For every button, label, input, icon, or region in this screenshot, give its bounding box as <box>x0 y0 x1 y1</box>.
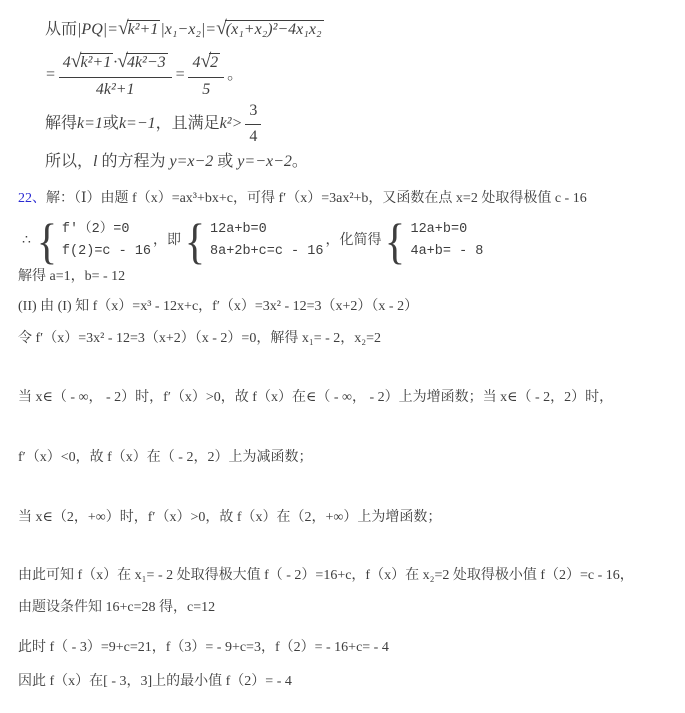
equals-sign: = <box>45 64 56 86</box>
part1-setup-text: 解：（Ⅰ）由题 f（x）=ax³+bx+c，可得 f′（x）=3ax²+b，又函… <box>46 191 587 206</box>
connector-ji: ，即 <box>153 232 181 251</box>
math-solution-document: 从而|PQ|=k²+1|x₁−x₂|=(x₁+x₂)²−4x₁x₂ = 4k²+… <box>0 0 685 713</box>
line-part2-derivative: (II) 由 (I) 知 f（x）=x³ - 12x+c，f′（x）=3x² -… <box>18 298 418 317</box>
pq-prefix-text: 从而 <box>45 21 77 38</box>
equation-system-2: 12a+b=0 8a+2b+c=c - 16 <box>183 219 323 264</box>
sqrt-2: 2 <box>200 49 220 75</box>
sqrt-4k2minus3: 4k²−3 <box>117 49 167 75</box>
period-mark: 。 <box>227 64 243 86</box>
line-interval-increasing-2: 当 x∈（2，+∞）时，f′（x）>0，故 f（x）在（2，+∞）上为增函数； <box>18 509 441 528</box>
fraction-main: 4k²+1·4k²−3 4k²+1 <box>59 49 172 101</box>
fraction-main-denominator: 4k²+1 <box>96 78 135 101</box>
sqrt-discriminant: (x₁+x₂)²−4x₁x₂ <box>216 16 323 42</box>
x1x2-expression: |x₁−x₂|= <box>160 21 216 38</box>
line-interval-decreasing: f′（x）<0，故 f（x）在（ - 2，2）上为减函数； <box>18 449 312 468</box>
line-q22-part1: 22、解：（Ⅰ）由题 f（x）=ax³+bx+c，可得 f′（x）=3ax²+b… <box>18 190 587 209</box>
line-pq-value: = 4k²+1·4k²−3 4k²+1 = 42 5 。 <box>45 50 243 100</box>
line-c-value: 由题设条件知 16+c=28 得，c=12 <box>18 599 215 618</box>
fraction-result: 42 5 <box>188 49 224 101</box>
line-l-equation: 所以，l 的方程为 y=x−2 或 y=−x−2。 <box>45 151 308 173</box>
fraction-result-numerator: 42 <box>188 49 224 78</box>
line-k-solution: 解得 k=1 或 k=−1，且满足 k²> 3 4 <box>45 106 264 142</box>
line-interval-increasing-1: 当 x∈（ - ∞， - 2）时，f′（x）>0，故 f（x）在∈（ - ∞， … <box>18 389 613 408</box>
equation-system-1: f′（2）=0 f(2)=c - 16 <box>35 219 151 264</box>
sqrt-k2plus1-num: k²+1 <box>71 49 113 75</box>
line-f-values: 此时 f（ - 3）=9+c=21，f（3）= - 9+c=3，f（2）= - … <box>18 639 389 658</box>
equals-sign-2: = <box>175 64 186 86</box>
sqrt-k2plus1: k²+1 <box>118 16 160 42</box>
pq-expression: |PQ|= <box>77 21 118 38</box>
equation-system-3: 12a+b=0 4a+b= - 8 <box>383 219 483 264</box>
line-extrema: 由此可知 f（x）在 x₁= - 2 处取得极大值 f（ - 2）=16+c，f… <box>18 567 634 586</box>
fraction-main-numerator: 4k²+1·4k²−3 <box>59 49 172 78</box>
line-equation-systems: ∴ f′（2）=0 f(2)=c - 16 ，即 12a+b=0 8a+2b+c… <box>22 214 485 268</box>
fraction-result-denominator: 5 <box>202 78 210 101</box>
line-min-value: 因此 f（x）在[ - 3，3]上的最小值 f（2）= - 4 <box>18 673 292 692</box>
therefore-symbol: ∴ <box>22 232 31 251</box>
fraction-three-fourths: 3 4 <box>245 100 261 147</box>
line-ab-solution: 解得 a=1，b= - 12 <box>18 268 125 287</box>
connector-simplify: ，化简得 <box>325 232 381 251</box>
document-page: { "colors": { "text": "#3e3e3e", "accent… <box>0 0 685 713</box>
line-critical-points: 令 f′（x）=3x² - 12=3（x+2）（x - 2）=0，解得 x₁= … <box>18 330 381 349</box>
problem-number: 22、 <box>18 191 46 206</box>
line-pq-distance: 从而|PQ|=k²+1|x₁−x₂|=(x₁+x₂)²−4x₁x₂ <box>45 16 324 42</box>
